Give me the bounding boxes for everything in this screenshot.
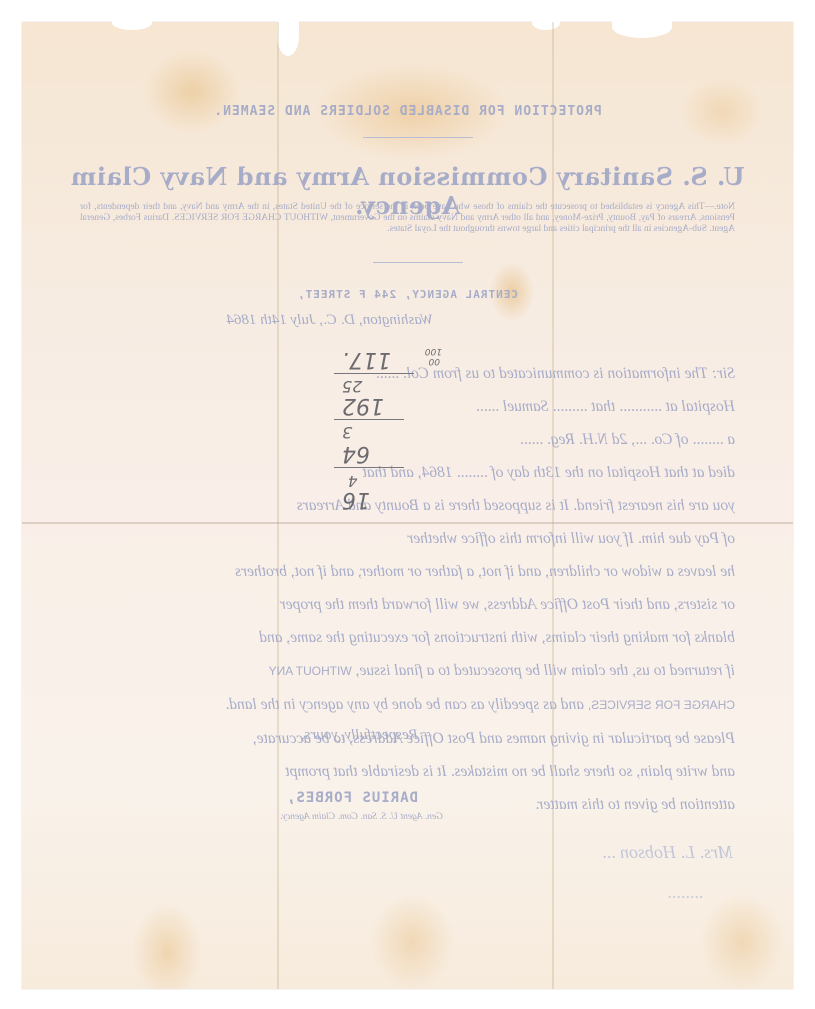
body-line: of Pay due him. If you will inform this … xyxy=(75,522,735,555)
signature-title: Gen. Agent U. S. San. Com. Claim Agency. xyxy=(280,812,443,822)
pencil-number: 117. xyxy=(342,347,391,372)
body-text: if returned to us, the claim will be pro… xyxy=(356,662,735,679)
body-line: CHARGE FOR SERVICES, and as speedily as … xyxy=(75,688,735,722)
body-line: and write plain, so there shall be no mi… xyxy=(75,755,735,788)
document-page: PROTECTION FOR DISABLED SOLDIERS AND SEA… xyxy=(22,22,793,989)
pencil-rule xyxy=(334,419,404,420)
pencil-arithmetic: 16 4 64 3 192 25 117. 00 100 xyxy=(322,342,442,512)
pencil-rule xyxy=(334,373,414,374)
pencil-number: 4 xyxy=(348,472,358,490)
pencil-number: 192 xyxy=(342,393,384,418)
valediction: Respectfully, yours, xyxy=(301,727,418,744)
body-line: or sisters, and their Post Office Addres… xyxy=(75,588,735,621)
handwritten-address: ........ xyxy=(667,882,703,903)
dateline: Washington, D. C., July 14th 1864 xyxy=(226,312,433,329)
pencil-rule xyxy=(334,467,404,468)
agency-note: Note.—This Agency is established to pros… xyxy=(80,202,735,235)
body-line: blanks for making their claims, with ins… xyxy=(75,621,735,654)
pencil-number: 16 xyxy=(342,487,370,512)
letterhead-tagline: PROTECTION FOR DISABLED SOLDIERS AND SEA… xyxy=(22,104,793,119)
caps-text: CHARGE FOR SERVICES, xyxy=(588,698,735,712)
body-line: if returned to us, the claim will be pro… xyxy=(75,654,735,688)
central-agency-address: CENTRAL AGENCY, 244 F STREET, xyxy=(22,288,793,301)
handwritten-address: Mrs. L. Hobson ... xyxy=(602,842,733,863)
signature: DARIUS FORBES, xyxy=(286,790,418,806)
body-text: and as speedily as can be done by any ag… xyxy=(225,696,584,713)
pencil-superscript: 00 xyxy=(429,356,440,366)
divider xyxy=(373,262,463,263)
caps-text: WITHOUT ANY xyxy=(269,664,352,678)
pencil-number: 25 xyxy=(342,377,362,396)
divider xyxy=(363,137,473,138)
pencil-fraction: 100 xyxy=(425,346,442,356)
pencil-number: 3 xyxy=(342,423,352,442)
pencil-number: 64 xyxy=(342,441,370,466)
body-line: he leaves a widow or children, and if no… xyxy=(75,555,735,588)
